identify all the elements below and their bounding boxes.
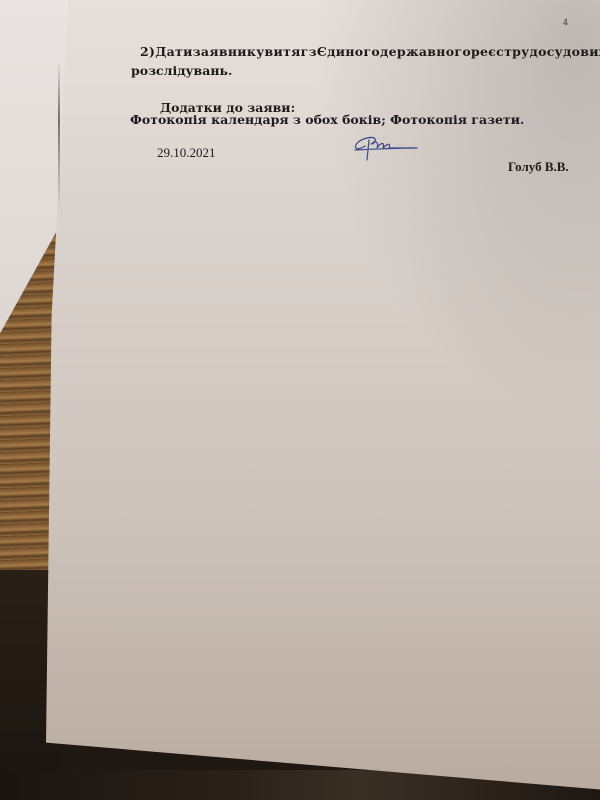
signer-name: Голуб В.В. — [508, 159, 569, 175]
signature-icon — [345, 132, 425, 162]
word: реєстру — [471, 44, 530, 59]
word: Єдиного — [317, 44, 380, 59]
document-date: 29.10.2021 — [157, 145, 216, 161]
word: витяг — [265, 44, 309, 59]
page-number: 4 — [563, 18, 568, 27]
word: з — [309, 44, 317, 59]
word: досудових — [529, 44, 600, 59]
word: заявнику — [193, 44, 265, 59]
page-edge-fold — [58, 60, 60, 210]
attachments-list: Фотокопія календаря з обох боків; Фотоко… — [130, 112, 524, 127]
word: Дати — [155, 44, 192, 59]
word: 2) — [140, 44, 155, 59]
item-2-line-1: 2)ДатизаявникувитягзЄдиногодержавногореє… — [140, 44, 580, 59]
item-2-line-2: розслідувань. — [131, 63, 232, 78]
word: державного — [380, 44, 471, 59]
